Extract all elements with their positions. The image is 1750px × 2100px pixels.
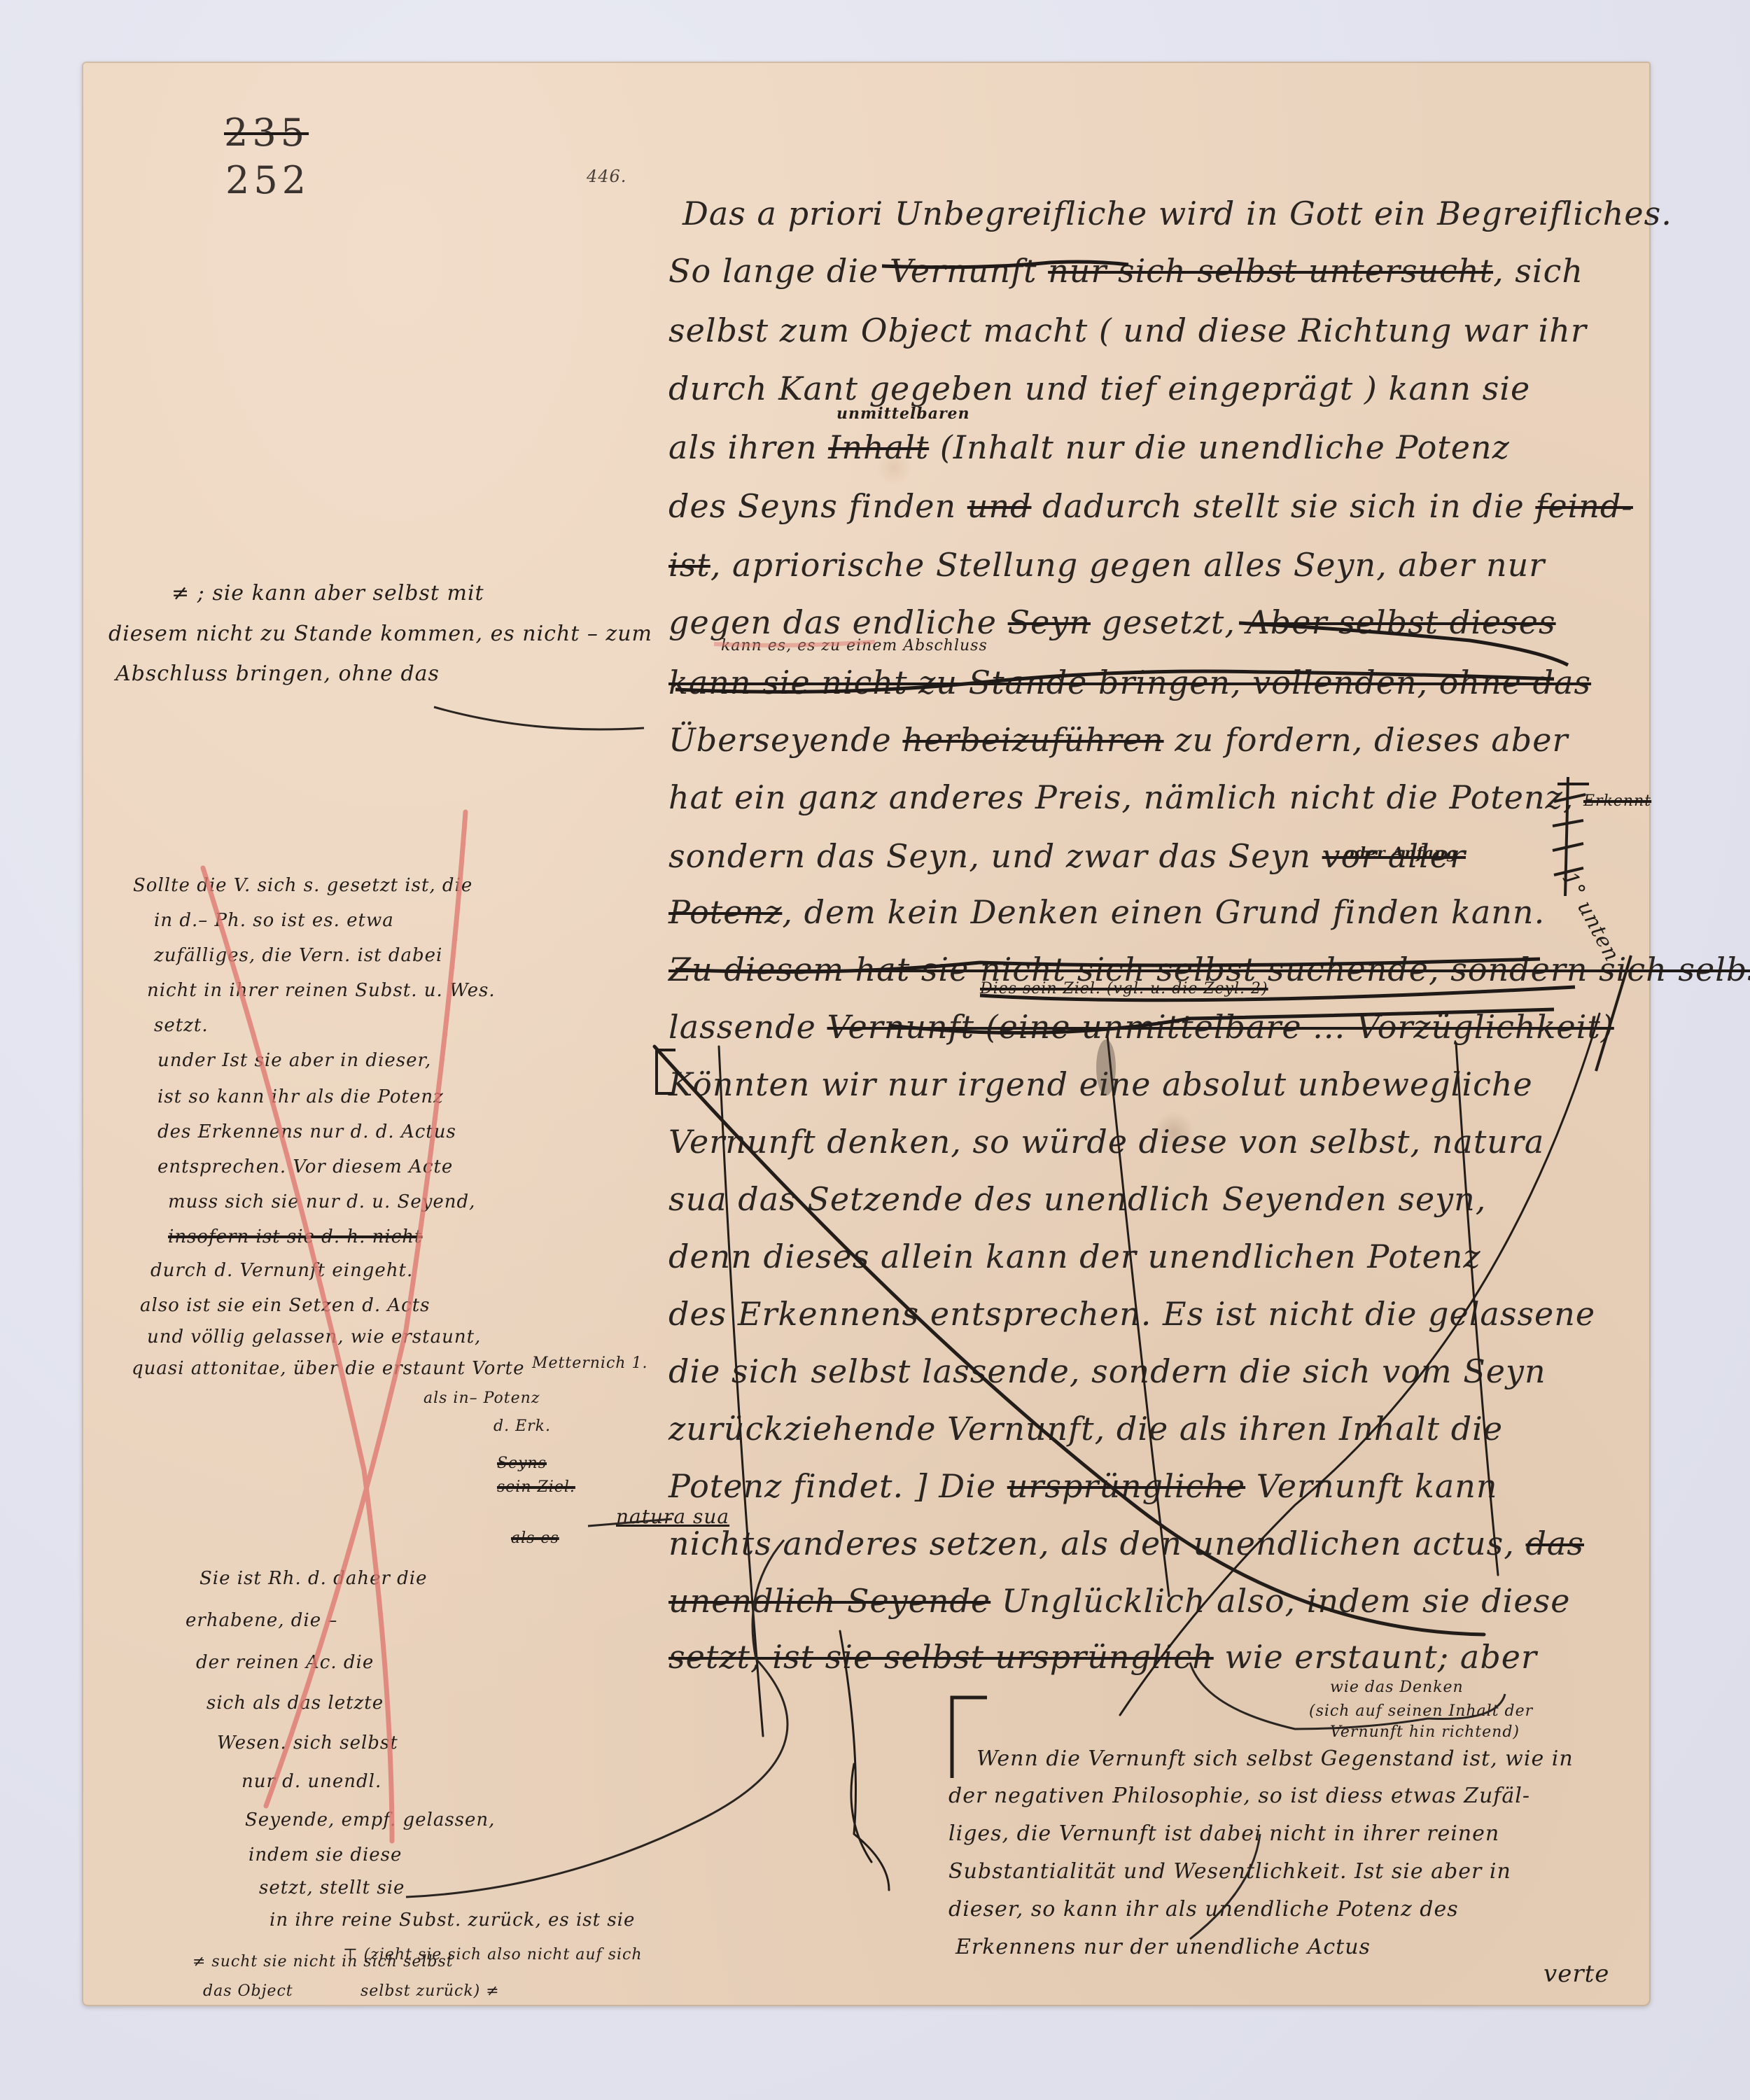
text-segment: Vernunft kann xyxy=(1256,1467,1498,1505)
margin-line: Wesen. sich selbst xyxy=(217,1732,398,1753)
struck-page-number: 235 xyxy=(224,111,309,155)
margin-line: in d.– Ph. so ist es. etwa xyxy=(154,910,394,931)
deleted-text: feind- xyxy=(1535,487,1633,525)
text-line: lassende Vernunft (eine unmittelbare ...… xyxy=(668,1008,1614,1046)
text-segment: (Inhalt nur die unendliche Potenz xyxy=(940,428,1510,466)
text-segment: So lange die Vernunft xyxy=(668,252,1037,290)
text-segment: Unglücklich also, indem sie diese xyxy=(1002,1582,1571,1620)
caret-insertion-line: wie das Denken xyxy=(1330,1679,1464,1696)
margin-line: also ist sie ein Setzen d. Acts xyxy=(140,1295,430,1316)
text-line-crossed: unendlich Seyende Unglücklich also, inde… xyxy=(668,1582,1570,1620)
text-segment: wie erstaunt; aber xyxy=(1224,1638,1537,1676)
text-line: gegen das endliche Seyn gesetzt, Aber se… xyxy=(668,603,1556,641)
text-line-crossed: Potenz findet. ] Die ursprüngliche Vernu… xyxy=(668,1467,1498,1505)
insertion-line: Erkennens nur der unendliche Actus xyxy=(955,1935,1371,1959)
text-line: selbst zum Object macht ( und diese Rich… xyxy=(668,311,1587,349)
text-segment: , sich xyxy=(1493,252,1583,290)
deleted-text: Inhalt xyxy=(828,428,929,466)
verte-mark: verte xyxy=(1543,1960,1609,1988)
insertion-line: dieser, so kann ihr als unendliche Poten… xyxy=(948,1897,1459,1921)
text-line: als ihren Inhalt (Inhalt nur die unendli… xyxy=(668,428,1510,466)
deleted-text: Aber selbst dieses xyxy=(1247,603,1556,641)
insertion-line: Substantialität und Wesentlichkeit. Ist … xyxy=(948,1859,1511,1884)
margin-note-e: selbst zurück) ≠ xyxy=(360,1982,500,2000)
margin-line-deleted: sein Ziel. xyxy=(497,1478,575,1496)
margin-line: Seyende, empf. gelassen, xyxy=(245,1809,495,1830)
text-line-crossed: Könnten wir nur irgend eine absolut unbe… xyxy=(668,1065,1533,1103)
margin-line: der reinen Ac. die xyxy=(196,1652,374,1673)
margin-line: und völlig gelassen, wie erstaunt, xyxy=(147,1326,481,1347)
text-line-crossed: nichts anderes setzen, als den unendlich… xyxy=(668,1525,1584,1562)
interlinear-insertion: oder Anfang xyxy=(1344,844,1457,862)
caret-insertion-line: (sich auf seinen Inhalt der xyxy=(1309,1702,1533,1720)
margin-note-d: das Object xyxy=(203,1982,293,2000)
deleted-text: und xyxy=(967,487,1032,525)
text-line: kann sie nicht zu Stande bringen, vollen… xyxy=(668,664,1591,701)
margin-line: diesem nicht zu Stande kommen, es nicht … xyxy=(108,622,652,646)
deleted-text: Seyn xyxy=(1008,603,1091,641)
text-line-crossed: Vernunft denken, so würde diese von selb… xyxy=(668,1123,1544,1161)
text-line: durch Kant gegeben und tief eingeprägt )… xyxy=(668,370,1530,407)
margin-line: under Ist sie aber in dieser, xyxy=(157,1050,431,1071)
margin-line: zufälliges, die Vern. ist dabei xyxy=(154,945,442,966)
margin-line: des Erkennens nur d. d. Actus xyxy=(157,1121,456,1142)
interlinear-insertion: kann es, es zu einem Abschluss xyxy=(721,637,988,654)
margin-line: d. Erk. xyxy=(493,1417,551,1435)
margin-line: in ihre reine Subst. zurück, es ist sie xyxy=(269,1910,635,1931)
text-segment: , apriorische Stellung gegen alles Seyn,… xyxy=(710,546,1545,584)
margin-line: quasi attonitae, über die erstaunt Vorte xyxy=(132,1358,525,1379)
margin-line: Sollte die V. sich s. gesetzt ist, die xyxy=(133,875,472,896)
margin-line: nur d. unendl. xyxy=(241,1771,381,1792)
deleted-text: ursprüngliche xyxy=(1007,1467,1245,1505)
deleted-text: unendlich Seyende xyxy=(668,1582,990,1620)
margin-line: als in– Potenz xyxy=(423,1389,540,1407)
text-line-crossed: zurückziehende Vernunft, die als ihren I… xyxy=(668,1410,1503,1448)
text-line: hat ein ganz anderes Preis, nämlich nich… xyxy=(668,778,1574,816)
text-segment: Potenz findet. ] Die xyxy=(668,1467,996,1505)
caret-insertion-line: Vernunft hin richtend) xyxy=(1330,1723,1520,1741)
deleted-text: setzt, ist sie selbst ursprünglich xyxy=(668,1638,1214,1676)
text-line-crossed: sua das Setzende des unendlich Seyenden … xyxy=(668,1180,1486,1218)
margin-line-deleted: insofern ist sie d. h. nicht xyxy=(168,1226,422,1247)
insertion-line: liges, die Vernunft ist dabei nicht in i… xyxy=(948,1821,1499,1846)
text-line: Potenz, dem kein Denken einen Grund find… xyxy=(668,893,1545,931)
text-segment: sondern das Seyn, und zwar das Seyn xyxy=(668,837,1311,875)
text-line: des Seyns finden und dadurch stellt sie … xyxy=(668,487,1633,525)
natura-insertion: natura sua xyxy=(616,1505,729,1528)
margin-line: setzt. xyxy=(154,1015,209,1036)
margin-line: muss sich sie nur d. u. Seyend, xyxy=(168,1191,475,1212)
page-number: 252 xyxy=(225,158,310,202)
margin-line: ist so kann ihr als die Potenz xyxy=(157,1086,444,1107)
text-line-crossed: setzt, ist sie selbst ursprünglich wie e… xyxy=(668,1638,1537,1676)
margin-line: entsprechen. Vor diesem Acte xyxy=(157,1156,453,1177)
margin-line: Abschluss bringen, ohne das xyxy=(115,661,440,686)
margin-line: erhabene, die – xyxy=(185,1610,337,1631)
deleted-text: herbeizuführen xyxy=(902,721,1163,759)
text-line-crossed: des Erkennens entsprechen. Es ist nicht … xyxy=(668,1295,1595,1333)
insertion-line: der negativen Philosophie, so ist diess … xyxy=(948,1784,1530,1808)
margin-line: setzt, stellt sie xyxy=(259,1877,405,1898)
margin-line: sich als das letzte xyxy=(206,1693,384,1714)
margin-line-deleted: als es xyxy=(511,1529,559,1547)
text-segment: des Seyns finden xyxy=(668,487,956,525)
deleted-text: Potenz xyxy=(668,893,782,931)
margin-line-deleted: Seyns xyxy=(497,1455,547,1472)
text-segment: zu fordern, dieses aber xyxy=(1175,721,1568,759)
text-segment: als ihren xyxy=(668,428,818,466)
margin-line: Metternich 1. xyxy=(532,1354,647,1372)
text-segment: , dem kein Denken einen Grund finden kan… xyxy=(782,893,1545,931)
text-segment: gegen das endliche xyxy=(668,603,997,641)
margin-note-e: ⊤ (zieht sie sich also nicht auf sich xyxy=(343,1946,643,1963)
text-segment: nichts anderes setzen, als den unendlich… xyxy=(668,1525,1515,1562)
margin-line: ≠ ; sie kann aber selbst mit xyxy=(171,581,484,605)
deleted-text: nur sich selbst untersucht xyxy=(1048,252,1493,290)
text-line-crossed: denn dieses allein kann der unendlichen … xyxy=(668,1238,1481,1275)
deleted-text: kann sie nicht zu Stande bringen, vollen… xyxy=(668,664,1591,701)
margin-line: nicht in ihrer reinen Subst. u. Wes. xyxy=(147,980,496,1001)
text-segment: dadurch stellt sie sich in die xyxy=(1042,487,1525,525)
text-segment: lassende xyxy=(668,1008,816,1046)
right-margin-deleted: Erkennt xyxy=(1583,792,1651,810)
margin-line: indem sie diese xyxy=(248,1844,402,1865)
interlinear-insertion: unmittelbaren xyxy=(836,405,970,423)
text-line-crossed: die sich selbst lassende, sondern die si… xyxy=(668,1352,1546,1390)
text-line: So lange die Vernunft nur sich selbst un… xyxy=(668,252,1583,290)
margin-line: durch d. Vernunft eingeht. xyxy=(150,1260,413,1281)
deleted-text: Vernunft (eine unmittelbare ... Vorzügli… xyxy=(827,1008,1614,1046)
insertion-line: Wenn die Vernunft sich selbst Gegenstand… xyxy=(976,1746,1574,1771)
margin-line: Sie ist Rh. d. daher die xyxy=(199,1568,428,1589)
text-segment: gesetzt, xyxy=(1102,603,1235,641)
text-line: ist, apriorische Stellung gegen alles Se… xyxy=(668,546,1545,584)
text-line: Überseyende herbeizuführen zu fordern, d… xyxy=(668,721,1568,759)
deleted-text: das xyxy=(1526,1525,1584,1562)
text-segment: Überseyende xyxy=(668,721,892,759)
foliation-number: 446. xyxy=(587,167,626,186)
deleted-text: ist xyxy=(668,546,710,584)
deleted-interlinear: Dies sein Ziel. (vgl. u. die Zeyl. 2) xyxy=(980,980,1268,997)
text-line: Das a priori Unbegreifliche wird in Gott… xyxy=(682,195,1672,232)
